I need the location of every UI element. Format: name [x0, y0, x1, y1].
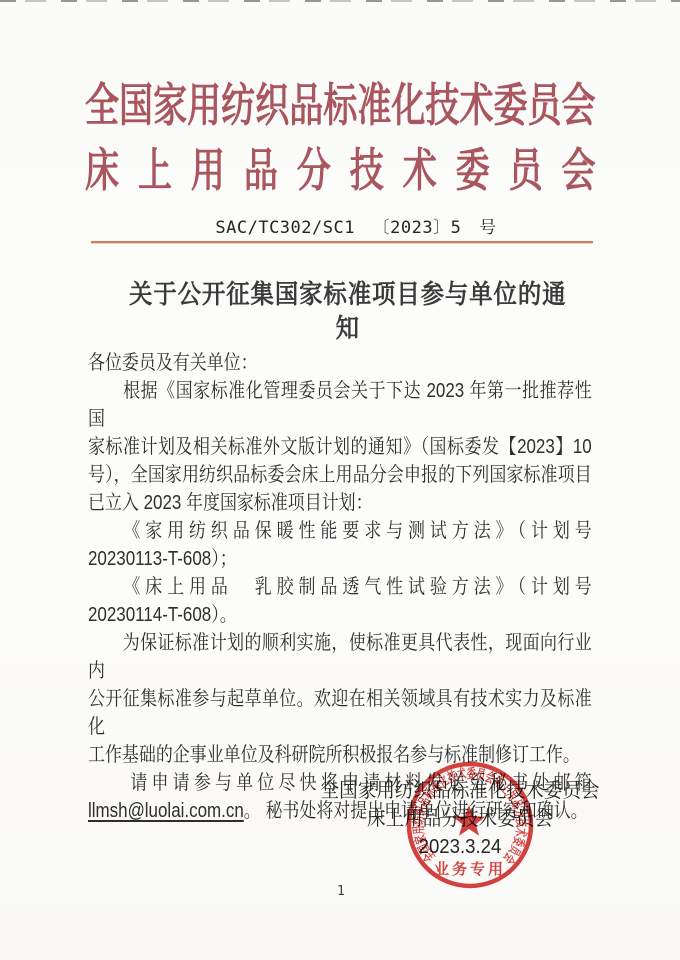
- scan-edge-artifact: [0, 0, 680, 2]
- seal-bottom-text: 业务专用: [434, 860, 506, 878]
- body-line: 公开征集标准参与起草单位。欢迎在相关领域具有技术实力及标准化: [88, 685, 592, 741]
- notice-body: 各位委员及有关单位： 根据《国家标准化管理委员会关于下达 2023 年第一批推荐…: [88, 349, 592, 825]
- body-line: 20230114-T-608）。: [88, 601, 592, 629]
- body-line: 《家用纺织品保暖性能要求与测试方法》（计划号: [88, 517, 592, 545]
- body-line: 家标准计划及相关标准外文版计划的通知》（国标委发【2023】10: [88, 433, 592, 461]
- body-text-segment: 工作基础的企事业单位及科研院所积极报名参与标准制修订工作。: [88, 744, 580, 766]
- body-text-segment: 根据《国家标准化管理委员会关于下达 2023 年第一批推荐性国: [88, 380, 592, 430]
- document-number: SAC/TC302/SC1 〔2023〕5 号: [16, 213, 680, 238]
- body-line: 20230113-T-608）；: [88, 545, 592, 573]
- page-number: 1: [337, 884, 345, 899]
- body-text-segment: 20230113-T-608）；: [88, 548, 237, 570]
- body-text-segment: 公开征集标准参与起草单位。欢迎在相关领域具有技术实力及标准化: [88, 688, 592, 738]
- body-text-segment: 已立入 2023 年度国家标准项目计划：: [88, 492, 373, 514]
- body-text-segment: 为保证标准计划的顺利实施，使标准更具代表性，现面向行业内: [88, 632, 592, 682]
- email-text: llmsh@luolai.com.cn: [88, 800, 244, 822]
- body-line: 号），全国家用纺织品标委会床上用品分会申报的下列国家标准项目: [88, 461, 592, 489]
- body-text-segment: 各位委员及有关单位：: [88, 352, 258, 374]
- scanned-notice-page: 全国家用纺织品标准化技术委员会 床上用品分技术委员会 SAC/TC302/SC1…: [0, 0, 680, 960]
- body-line: 各位委员及有关单位：: [88, 349, 592, 377]
- signature-org-line-2: 床上用品分技术委员会: [321, 805, 600, 833]
- body-text-segment: 《家用纺织品保暖性能要求与测试方法》（计划号: [88, 520, 592, 542]
- body-text-segment: 家标准计划及相关标准外文版计划的通知》（国标委发【2023】10: [88, 436, 592, 458]
- body-line: 《床上用品 乳胶制品透气性试验方法》（计划号: [88, 573, 592, 601]
- body-line: 为保证标准计划的顺利实施，使标准更具代表性，现面向行业内: [88, 629, 592, 685]
- letterhead-org-line-1: 全国家用纺织品标准化技术委员会: [85, 76, 596, 134]
- body-line: 根据《国家标准化管理委员会关于下达 2023 年第一批推荐性国: [88, 377, 592, 433]
- signature-block: 全国家用纺织品标准化技术委员会 床上用品分技术委员会 2023.3.24: [321, 777, 600, 861]
- signature-date: 2023.3.24: [321, 833, 600, 861]
- body-line: 工作基础的企事业单位及科研院所积极报名参与标准制修订工作。: [88, 741, 592, 769]
- notice-title: 关于公开征集国家标准项目参与单位的通知: [125, 277, 571, 345]
- letterhead-org-line-2: 床上用品分技术委员会: [85, 144, 596, 196]
- letterhead-divider: [91, 241, 593, 243]
- body-text-segment: 《床上用品 乳胶制品透气性试验方法》（计划号: [88, 576, 592, 598]
- signature-org-line-1: 全国家用纺织品标准化技术委员会: [321, 777, 600, 805]
- body-line: 已立入 2023 年度国家标准项目计划：: [88, 489, 592, 517]
- letterhead: 全国家用纺织品标准化技术委员会 床上用品分技术委员会: [85, 76, 596, 196]
- body-text-segment: 20230114-T-608）。: [88, 604, 237, 626]
- body-text-segment: 号），全国家用纺织品标委会床上用品分会申报的下列国家标准项目: [88, 464, 592, 486]
